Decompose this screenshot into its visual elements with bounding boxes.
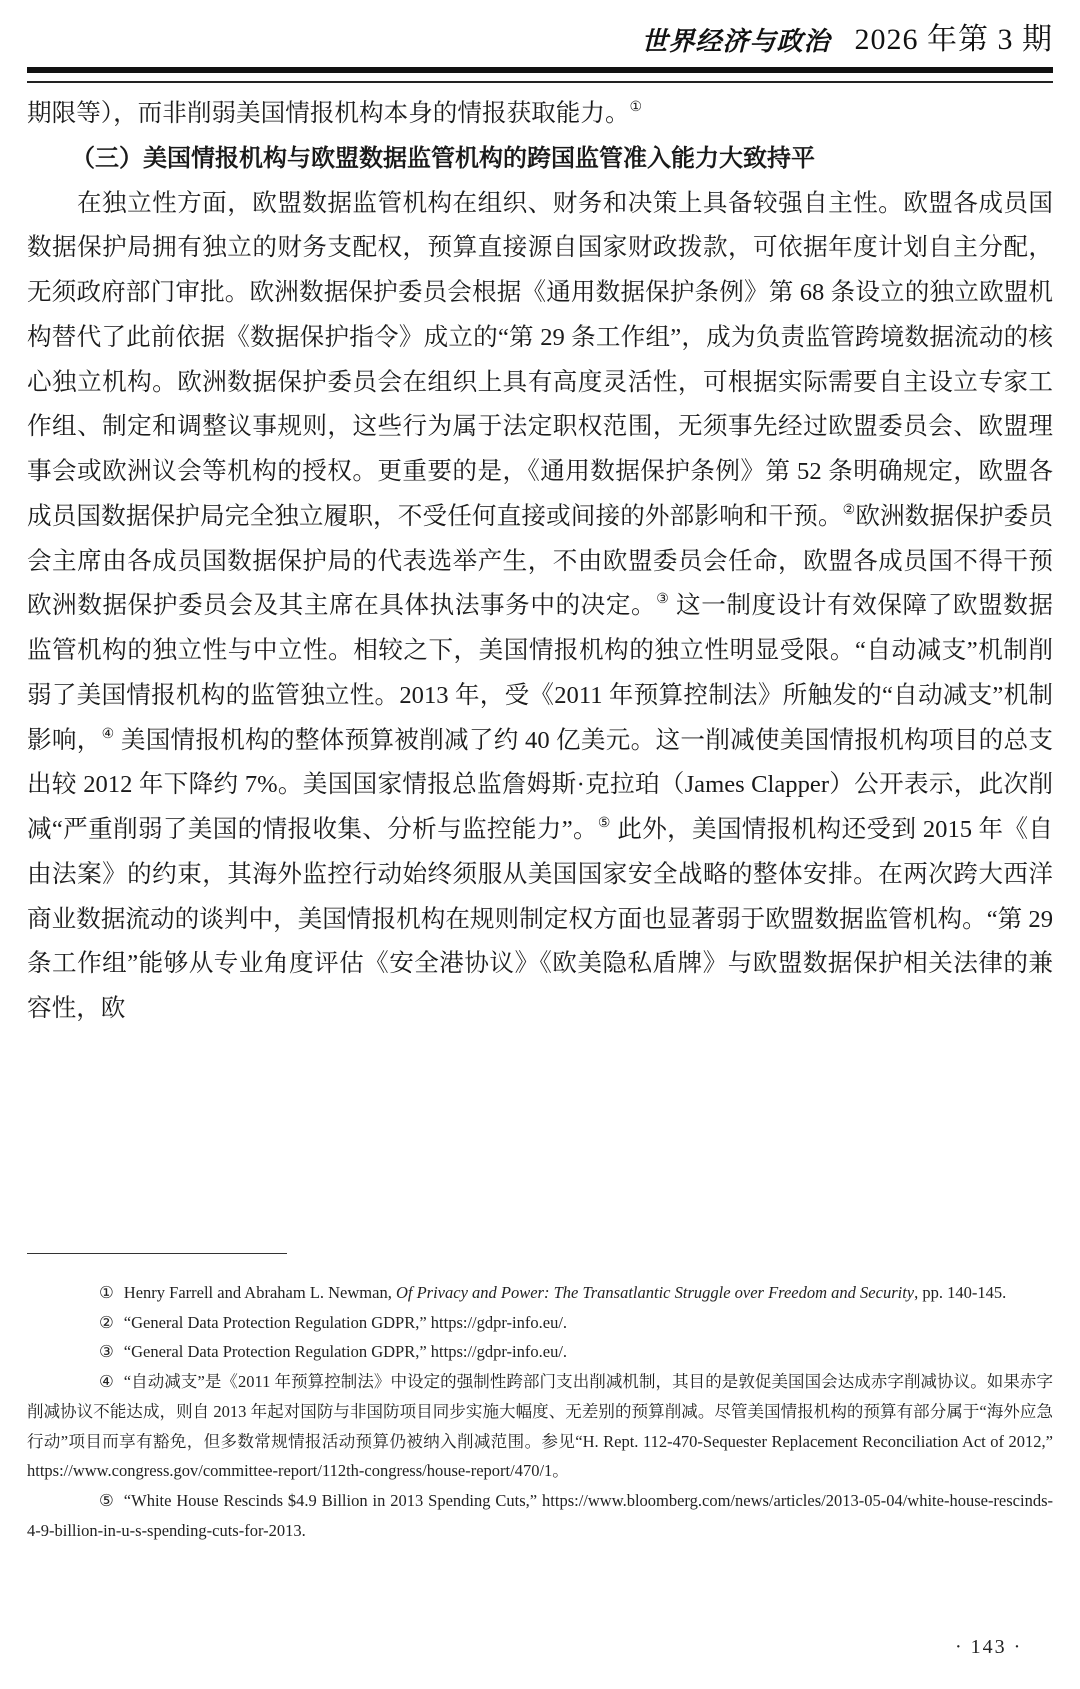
footnote-4: ④“自动减支”是《2011 年预算控制法》中设定的强制性跨部门支出削减机制，其目… <box>27 1367 1053 1486</box>
paragraph-continued: 期限等），而非削弱美国情报机构本身的情报获取能力。① <box>27 92 1053 137</box>
journal-page: 世界经济与政治 2026 年第 3 期 期限等），而非削弱美国情报机构本身的情报… <box>0 0 1080 1689</box>
footnote-ref-2[interactable]: ② <box>843 503 856 518</box>
footnote-mark: ③ <box>63 1337 114 1367</box>
header-rule-thick <box>27 67 1053 73</box>
footnote-text[interactable]: “General Data Protection Regulation GDPR… <box>124 1342 567 1361</box>
footnote-ref-1[interactable]: ① <box>630 100 643 115</box>
footnote-text[interactable]: “自动减支”是《2011 年预算控制法》中设定的强制性跨部门支出削减机制，其目的… <box>27 1372 1053 1480</box>
footnote-mark: ⑤ <box>63 1486 114 1516</box>
journal-name: 世界经济与政治 <box>641 21 830 58</box>
footnote-mark: ① <box>63 1278 114 1308</box>
footnote-text[interactable]: “White House Rescinds $4.9 Billion in 20… <box>27 1491 1053 1540</box>
paragraph-text: 期限等），而非削弱美国情报机构本身的情报获取能力。 <box>27 100 630 127</box>
footnote-2: ②“General Data Protection Regulation GDP… <box>27 1308 1053 1338</box>
paragraph-text: 此外，美国情报机构还受到 2015 年《自由法案》的约束，其海外监控行动始终须服… <box>27 816 1053 1022</box>
footnote-ref-3[interactable]: ③ <box>656 592 669 607</box>
footnotes: ①Henry Farrell and Abraham L. Newman, Of… <box>27 1278 1053 1545</box>
issue-label: 2026 年第 3 期 <box>855 14 1054 58</box>
paragraph: 在独立性方面，欧盟数据监管机构在组织、财务和决策上具备较强自主性。欧盟各成员国数… <box>27 182 1053 1032</box>
footnote-mark: ② <box>63 1308 114 1338</box>
footnote-5: ⑤“White House Rescinds $4.9 Billion in 2… <box>27 1486 1053 1545</box>
footnote-text: , pp. 140-145. <box>914 1283 1006 1302</box>
footnote-book-title: Of Privacy and Power: The Transatlantic … <box>396 1283 914 1302</box>
footnote-ref-5[interactable]: ⑤ <box>598 816 611 831</box>
page-number: · 143 · <box>955 1636 1022 1659</box>
running-head: 世界经济与政治 2026 年第 3 期 <box>641 14 1053 58</box>
footnote-text[interactable]: “General Data Protection Regulation GDPR… <box>124 1313 567 1332</box>
header-rule-thin <box>27 81 1053 83</box>
footnote-ref-4[interactable]: ④ <box>102 727 115 742</box>
footnote-3: ③“General Data Protection Regulation GDP… <box>27 1337 1053 1367</box>
footnote-separator <box>27 1253 287 1254</box>
footnote-mark: ④ <box>63 1367 114 1397</box>
paragraph-text: 在独立性方面，欧盟数据监管机构在组织、财务和决策上具备较强自主性。欧盟各成员国数… <box>27 190 1053 530</box>
section-heading: （三）美国情报机构与欧盟数据监管机构的跨国监管准入能力大致持平 <box>27 137 1053 182</box>
footnote-text: Henry Farrell and Abraham L. Newman, <box>124 1283 396 1302</box>
body-text: 期限等），而非削弱美国情报机构本身的情报获取能力。① （三）美国情报机构与欧盟数… <box>27 92 1053 1032</box>
footnote-1: ①Henry Farrell and Abraham L. Newman, Of… <box>27 1278 1053 1308</box>
